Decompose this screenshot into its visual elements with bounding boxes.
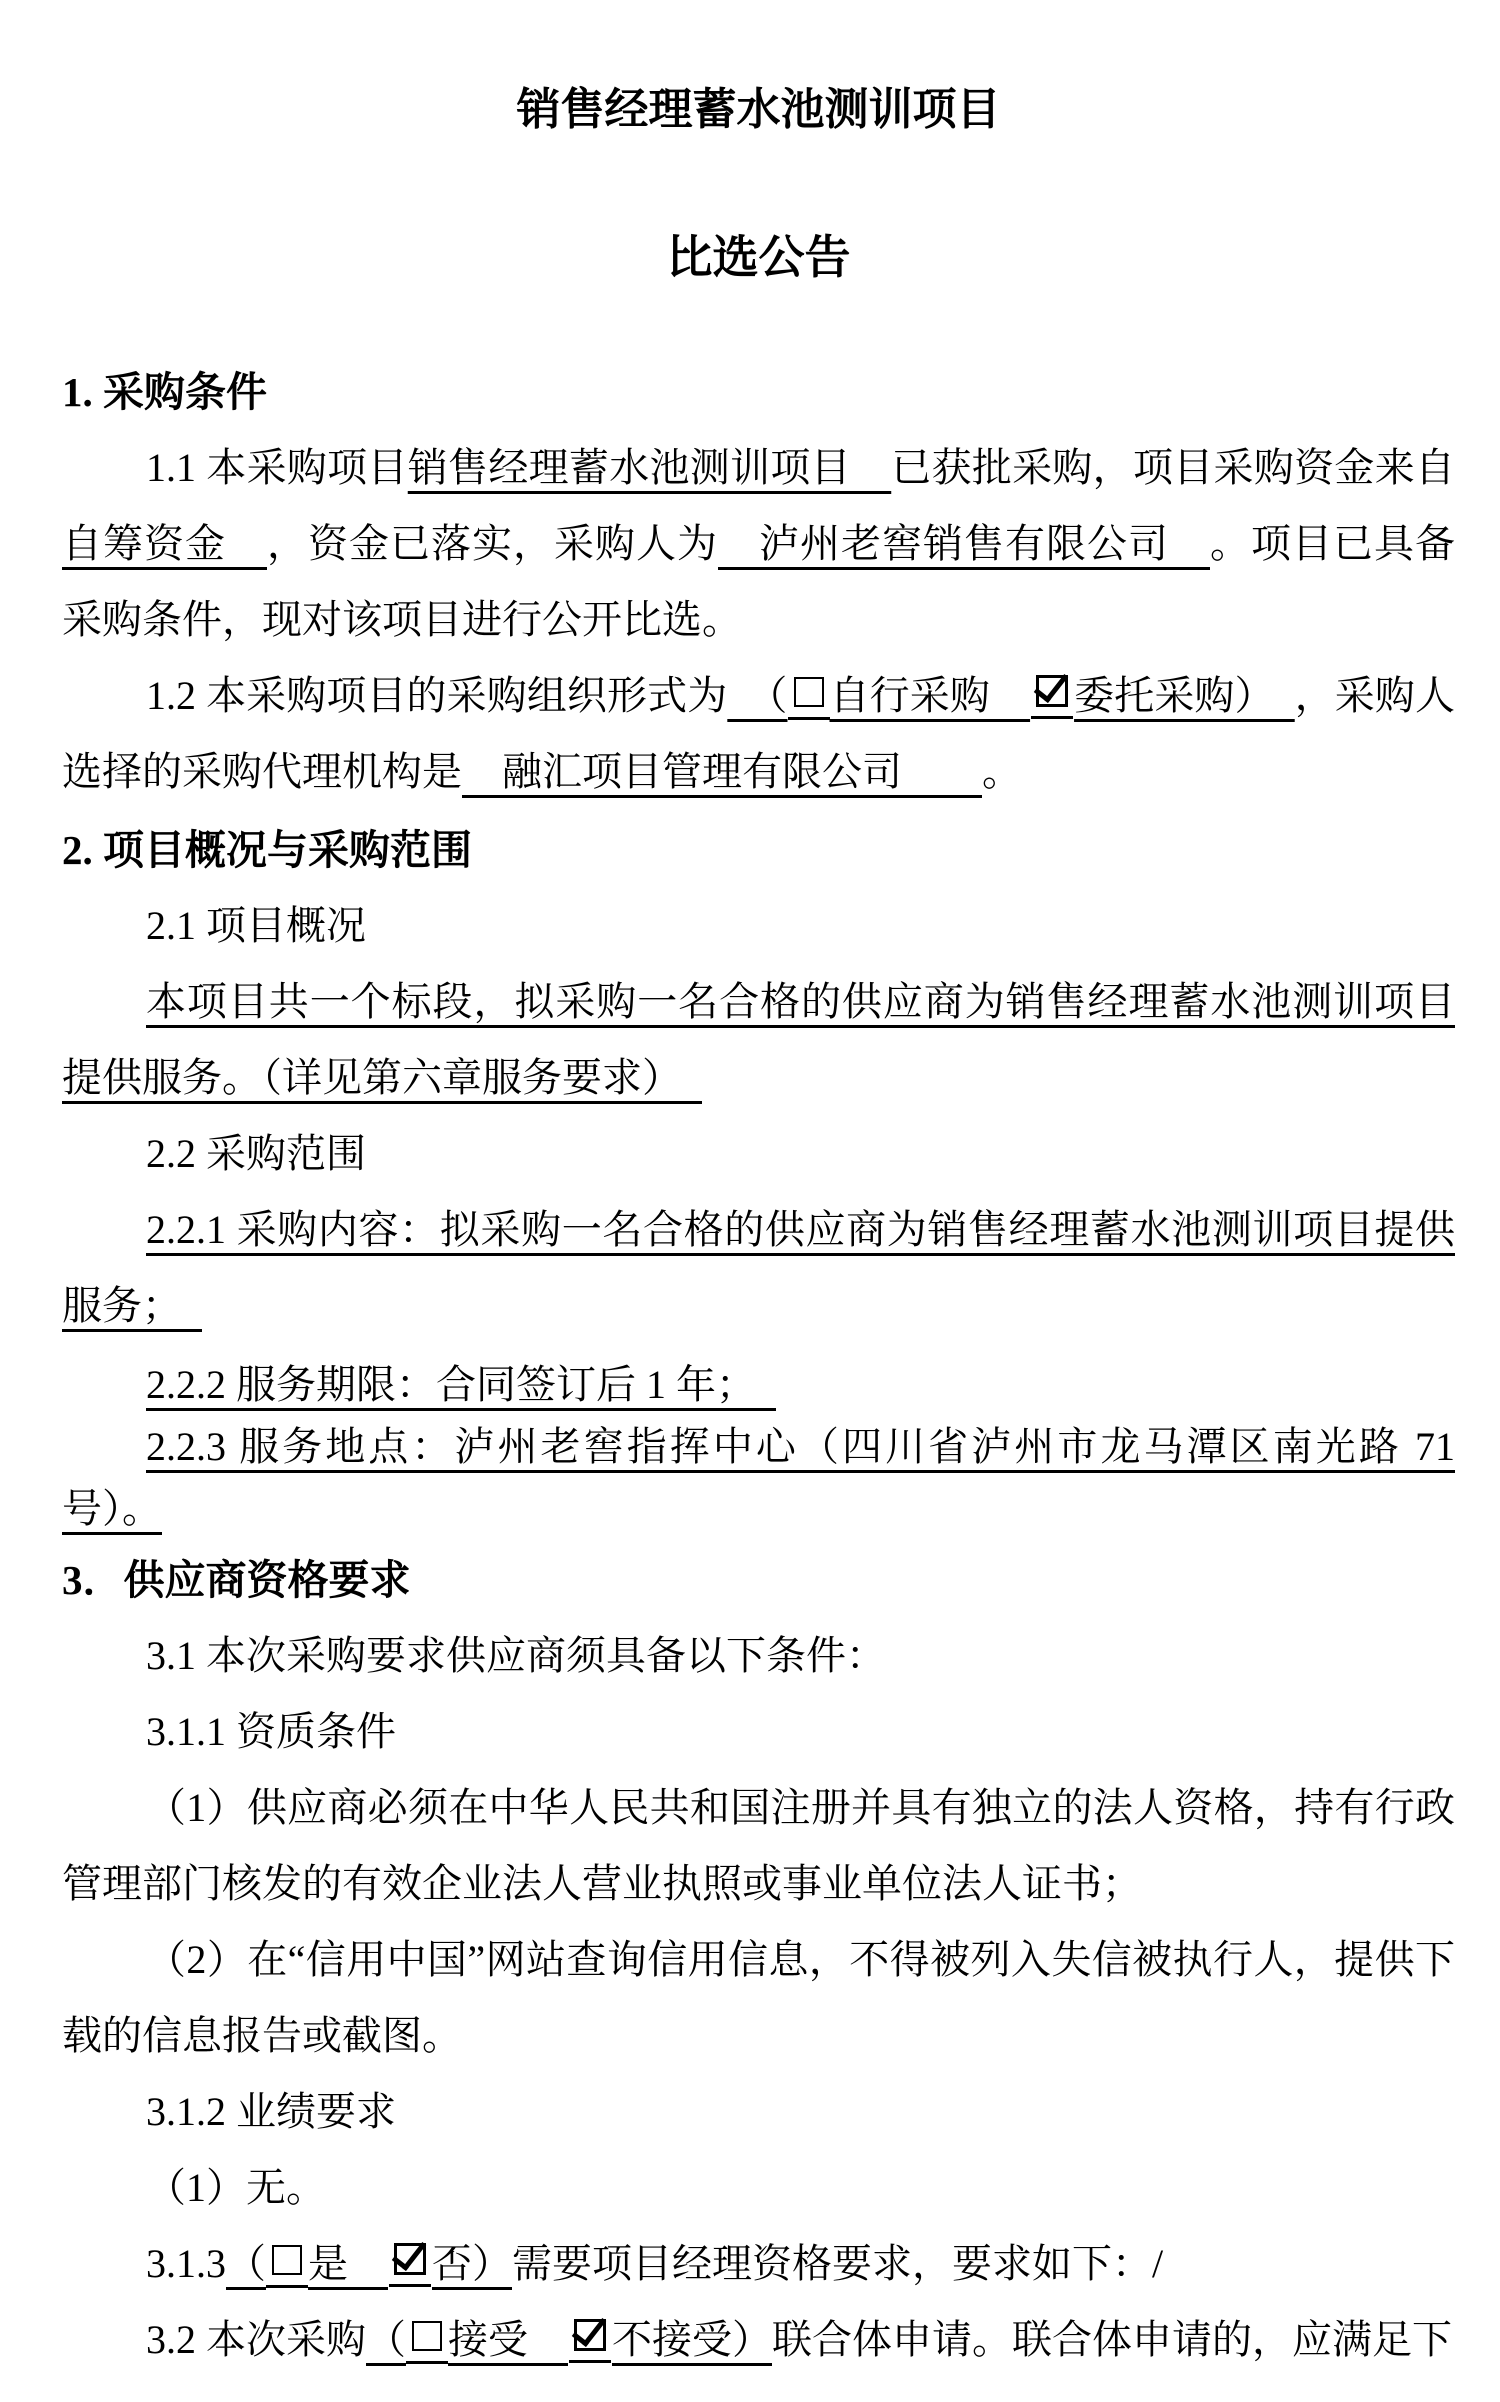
clause-2-1-heading: 2.1 项目概况 — [62, 888, 1455, 964]
unchecked-checkbox-icon — [412, 2321, 442, 2351]
clause-2-2-1: 2.2.1 采购内容：拟采购一名合格的供应商为销售经理蓄水池测训项目提供服务； — [62, 1192, 1455, 1344]
text-run: 2. 项目概况与采购范围 — [62, 827, 472, 873]
text-run: 委托采购） — [1074, 673, 1295, 718]
text-run: 3．供应商资格要求 — [62, 1557, 411, 1603]
clause-3-1-1-item-2: （2）在“信用中国”网站查询信用信息，不得被列入失信被执行人，提供下载的信息报告… — [62, 1922, 1455, 2074]
clause-3-1-3: 3.1.3（是 否）需要项目经理资格要求，要求如下：/ — [62, 2226, 1455, 2302]
clause-3-1-2-item-1: （1）无。 — [62, 2150, 1455, 2226]
text-run: （ — [226, 2241, 266, 2286]
checked-checkbox-icon — [1036, 675, 1068, 707]
text-run: 已获批采购，项目采购资金来自 — [891, 445, 1455, 490]
clause-3-1-1: 3.1.1 资质条件 — [62, 1694, 1455, 1770]
text-run: 融汇项目管理有限公司 — [462, 749, 982, 794]
clause-3-1: 3.1 本次采购要求供应商须具备以下条件： — [62, 1618, 1455, 1694]
unchecked-checkbox-icon — [794, 677, 824, 707]
clause-3-2: 3.2 本次采购（接受 不接受）联合体申请。联合体申请的，应满足下 — [62, 2302, 1455, 2378]
clause-2-2-2: 2.2.2 服务期限：合同签订后 1 年； — [62, 1354, 1455, 1416]
text-run: 2.2.3 服务地点：泸州老窖指挥中心（四川省泸州市龙马潭区南光路 71 号）。 — [62, 1424, 1455, 1531]
text-run: 是 — [308, 2241, 388, 2286]
text-run: 否） — [432, 2241, 512, 2286]
checked-checkbox-icon — [394, 2243, 426, 2275]
text-run: 3.1.3 — [146, 2241, 226, 2286]
text-run: 3.1 本次采购要求供应商须具备以下条件： — [146, 1633, 886, 1678]
text-run: （ — [727, 673, 787, 718]
text-run: 销售经理蓄水池测训项目 — [408, 445, 891, 490]
clause-2-2-heading: 2.2 采购范围 — [62, 1116, 1455, 1192]
checked-checkbox-icon — [574, 2319, 606, 2351]
text-run: 2.2.2 服务期限：合同签订后 1 年； — [146, 1362, 776, 1407]
text-run: （ — [366, 2317, 406, 2362]
text-run: 不接受） — [612, 2317, 772, 2362]
text-run: 。 — [982, 749, 1022, 794]
text-run: 本项目共一个标段，拟采购一名合格的供应商为销售经理蓄水池测训项目提供服务。（详见… — [62, 979, 1455, 1100]
clause-3-1-2: 3.1.2 业绩要求 — [62, 2074, 1455, 2150]
text-run: 3.1.1 资质条件 — [146, 1709, 396, 1754]
text-run: 3.2 本次采购 — [146, 2317, 366, 2362]
document-page: 销售经理蓄水池测训项目 比选公告 1. 采购条件1.1 本采购项目销售经理蓄水池… — [0, 0, 1500, 2402]
clause-2-1-body: 本项目共一个标段，拟采购一名合格的供应商为销售经理蓄水池测训项目提供服务。（详见… — [62, 964, 1455, 1116]
text-run: ，资金已落实，采购人为 — [267, 521, 718, 566]
text-run: 自行采购 — [830, 673, 1031, 718]
section-3-heading: 3．供应商资格要求 — [62, 1548, 1455, 1612]
text-run: 2.1 项目概况 — [146, 903, 366, 948]
text-run: 1.2 本采购项目的采购组织形式为 — [146, 673, 727, 718]
document-body: 1. 采购条件1.1 本采购项目销售经理蓄水池测训项目 已获批采购，项目采购资金… — [62, 360, 1455, 2378]
clause-1-2: 1.2 本采购项目的采购组织形式为 （自行采购 委托采购） ，采购人选择的采购代… — [62, 658, 1455, 810]
unchecked-checkbox-icon — [272, 2245, 302, 2275]
text-run: 泸州老窖销售有限公司 — [718, 521, 1210, 566]
text-run: （1）无。 — [146, 2165, 326, 2210]
section-2-heading: 2. 项目概况与采购范围 — [62, 818, 1455, 882]
text-run: （2）在“信用中国”网站查询信用信息，不得被列入失信被执行人，提供下载的信息报告… — [62, 1937, 1455, 2058]
text-run: 1. 采购条件 — [62, 369, 267, 415]
text-run: 联合体申请。联合体申请的，应满足下 — [772, 2317, 1452, 2362]
text-run: 3.1.2 业绩要求 — [146, 2089, 396, 2134]
document-title: 销售经理蓄水池测训项目 — [62, 78, 1455, 142]
clause-3-1-1-item-1: （1）供应商必须在中华人民共和国注册并具有独立的法人资格，持有行政管理部门核发的… — [62, 1770, 1455, 1922]
text-run: 接受 — [448, 2317, 568, 2362]
text-run: 2.2.1 采购内容：拟采购一名合格的供应商为销售经理蓄水池测训项目提供服务； — [62, 1207, 1455, 1328]
section-1-heading: 1. 采购条件 — [62, 360, 1455, 424]
document-subtitle: 比选公告 — [62, 226, 1455, 290]
clause-2-2-3: 2.2.3 服务地点：泸州老窖指挥中心（四川省泸州市龙马潭区南光路 71 号）。 — [62, 1416, 1455, 1540]
text-run: （1）供应商必须在中华人民共和国注册并具有独立的法人资格，持有行政管理部门核发的… — [62, 1785, 1455, 1906]
clause-1-1: 1.1 本采购项目销售经理蓄水池测训项目 已获批采购，项目采购资金来自自筹资金 … — [62, 430, 1455, 658]
text-run: 1.1 本采购项目 — [146, 445, 408, 490]
text-run: 需要项目经理资格要求，要求如下：/ — [512, 2241, 1163, 2286]
text-run: 2.2 采购范围 — [146, 1131, 366, 1176]
text-run: 自筹资金 — [62, 521, 267, 566]
